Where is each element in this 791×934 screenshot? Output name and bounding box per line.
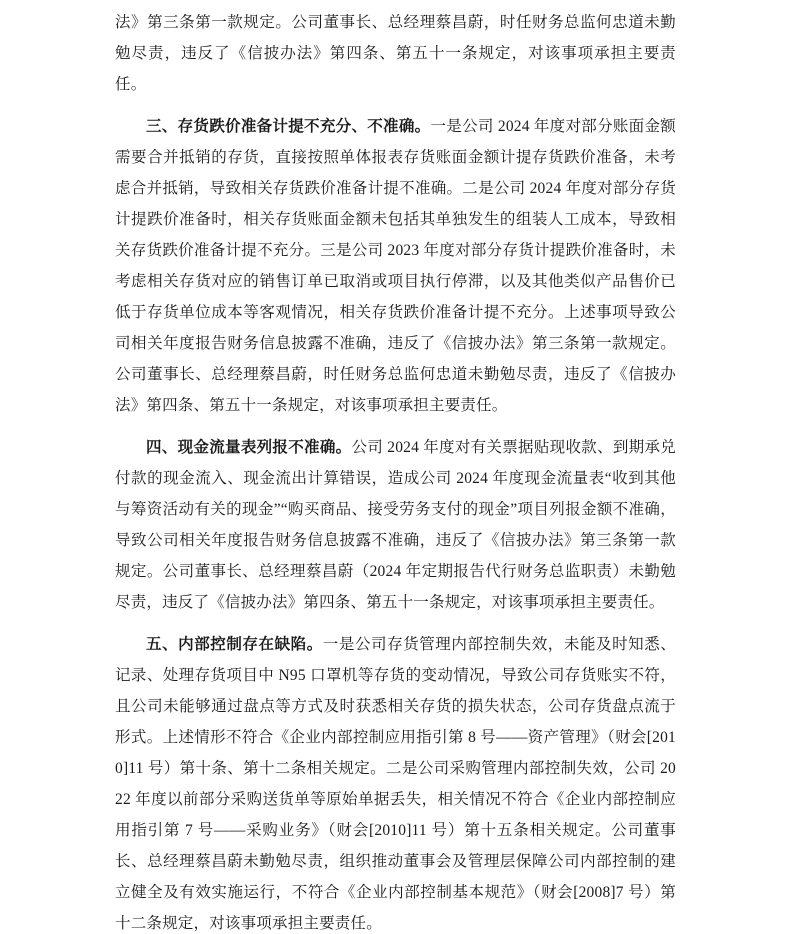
paragraph-item-3-text: 一是公司 2024 年度对部分账面金额需要合并抵销的存货，直接按照单体报表存货账… (115, 118, 676, 414)
paragraph-item-5-text: 一是公司存货管理内部控制失效，未能及时知悉、记录、处理存货项目中 N95 口罩机… (115, 636, 676, 932)
paragraph-item-4-text: 公司 2024 年度对有关票据贴现收款、到期承兑付款的现金流入、现金流出计算错误… (115, 439, 676, 611)
paragraph-continuation-text: 法》第三条第一款规定。公司董事长、总经理蔡昌蔚，时任财务总监何忠道未勤勉尽责，违… (115, 14, 676, 93)
paragraph-continuation: 法》第三条第一款规定。公司董事长、总经理蔡昌蔚，时任财务总监何忠道未勤勉尽责，违… (115, 7, 676, 100)
document-page: 法》第三条第一款规定。公司董事长、总经理蔡昌蔚，时任财务总监何忠道未勤勉尽责，违… (0, 0, 791, 934)
document-body: 法》第三条第一款规定。公司董事长、总经理蔡昌蔚，时任财务总监何忠道未勤勉尽责，违… (115, 7, 676, 934)
paragraph-item-5: 五、内部控制存在缺陷。一是公司存货管理内部控制失效，未能及时知悉、记录、处理存货… (115, 629, 676, 934)
paragraph-item-4-heading: 四、现金流量表列报不准确。 (146, 439, 351, 456)
paragraph-item-5-heading: 五、内部控制存在缺陷。 (146, 636, 323, 653)
paragraph-item-3: 三、存货跌价准备计提不充分、不准确。一是公司 2024 年度对部分账面金额需要合… (115, 111, 676, 421)
paragraph-item-3-heading: 三、存货跌价准备计提不充分、不准确。 (146, 118, 430, 135)
paragraph-item-4: 四、现金流量表列报不准确。公司 2024 年度对有关票据贴现收款、到期承兑付款的… (115, 432, 676, 618)
